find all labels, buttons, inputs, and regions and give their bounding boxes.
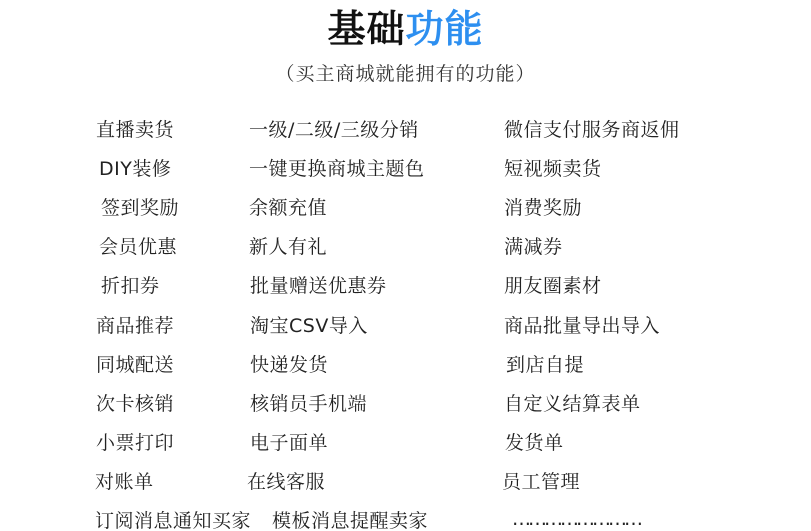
feature-item: 商品推荐 bbox=[96, 313, 174, 339]
feature-item: 模板消息提醒卖家 bbox=[272, 508, 428, 531]
feature-item: 一级/二级/三级分销 bbox=[249, 117, 419, 143]
feature-item: 签到奖励 bbox=[101, 195, 179, 221]
page-title: 基础功能 bbox=[0, 6, 811, 52]
feature-item: 折扣券 bbox=[101, 273, 160, 299]
feature-item: 微信支付服务商返佣 bbox=[504, 117, 680, 143]
feature-item: 到店自提 bbox=[506, 352, 584, 378]
feature-item: 同城配送 bbox=[96, 352, 174, 378]
title-part-basic: 基础 bbox=[327, 7, 405, 51]
feature-item: DIY装修 bbox=[99, 156, 171, 182]
feature-item: 一键更换商城主题色 bbox=[249, 156, 425, 182]
feature-item: 电子面单 bbox=[250, 430, 328, 456]
feature-item: 短视频卖货 bbox=[504, 156, 602, 182]
feature-item: 淘宝CSV导入 bbox=[250, 313, 368, 339]
feature-item: 余额充值 bbox=[249, 195, 327, 221]
feature-item: 快递发货 bbox=[250, 352, 328, 378]
feature-item: 商品批量导出导入 bbox=[504, 313, 660, 339]
title-part-features: 功能 bbox=[406, 7, 484, 51]
feature-item: 会员优惠 bbox=[99, 234, 177, 260]
feature-item: 订阅消息通知买家 bbox=[95, 508, 251, 531]
feature-item: 消费奖励 bbox=[504, 195, 582, 221]
feature-item: 满减券 bbox=[504, 234, 563, 260]
feature-item: 发货单 bbox=[505, 430, 564, 456]
feature-item: 直播卖货 bbox=[96, 117, 174, 143]
feature-item: 新人有礼 bbox=[249, 234, 327, 260]
page-subtitle: （买主商城就能拥有的功能） bbox=[0, 61, 811, 87]
feature-item: 小票打印 bbox=[96, 430, 174, 456]
feature-item: 员工管理 bbox=[502, 469, 580, 495]
feature-item: 对账单 bbox=[95, 469, 154, 495]
feature-item: 核销员手机端 bbox=[250, 391, 367, 417]
feature-item: 朋友圈素材 bbox=[504, 273, 602, 299]
feature-item: 自定义结算表单 bbox=[504, 391, 641, 417]
feature-item-ellipsis: …………………… bbox=[512, 506, 640, 531]
feature-item: 批量赠送优惠券 bbox=[250, 273, 387, 299]
feature-item: 次卡核销 bbox=[96, 391, 174, 417]
feature-item: 在线客服 bbox=[247, 469, 325, 495]
